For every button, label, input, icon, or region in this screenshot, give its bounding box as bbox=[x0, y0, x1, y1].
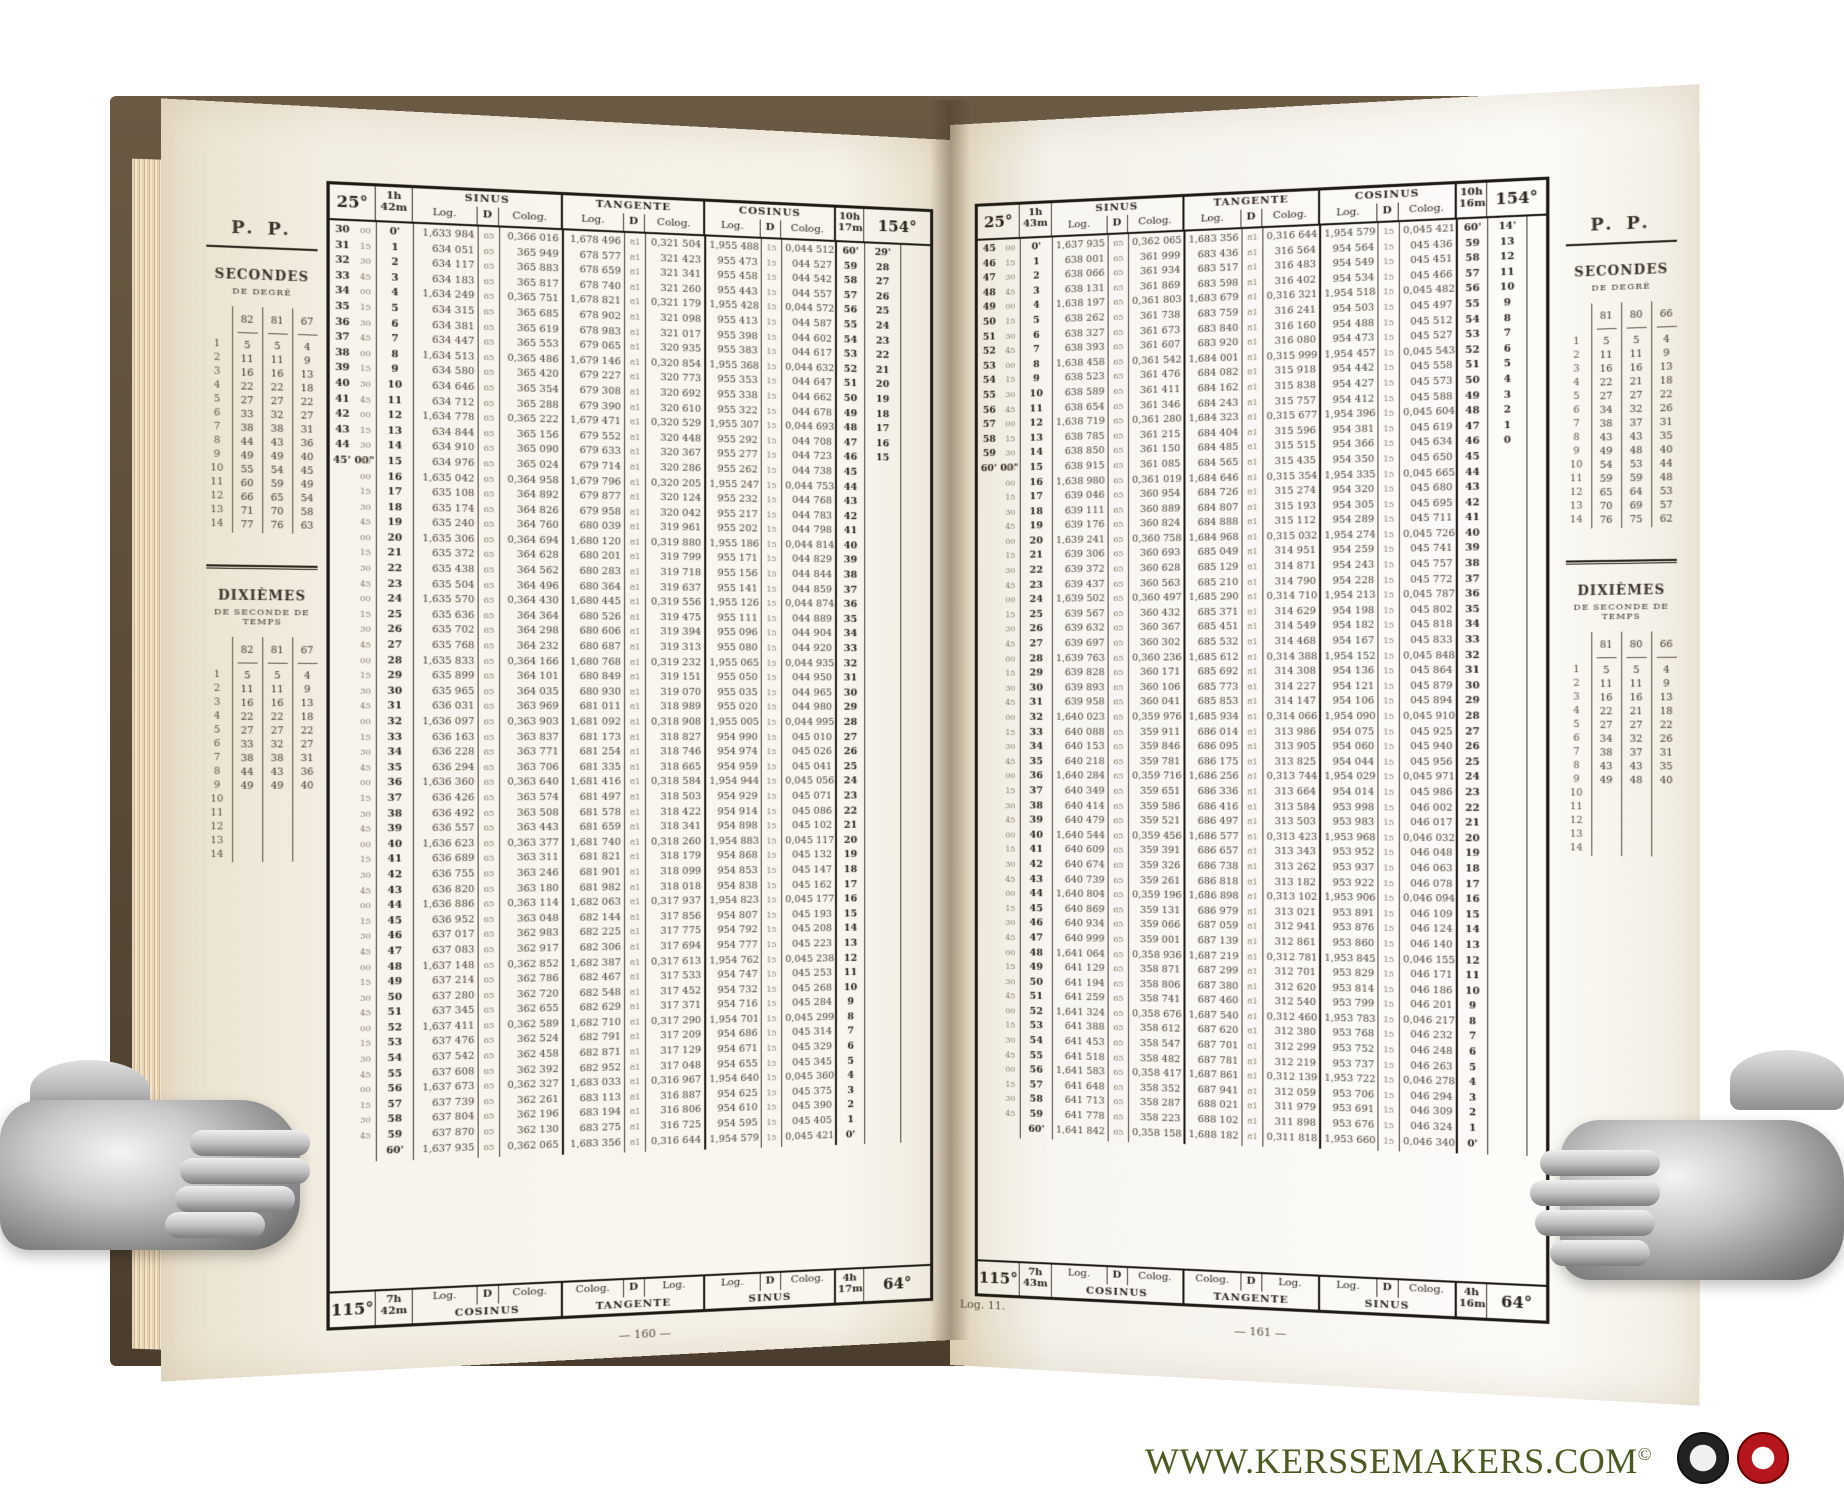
seconds-title: SECONDES bbox=[206, 266, 317, 285]
sinus-colog-column: 0,366 016365 949365 883365 8170,365 7513… bbox=[500, 228, 564, 1158]
header-group-sinus: SINUS Log.DColog. bbox=[1052, 197, 1185, 236]
arc-seconds-column: 0015304500153045001530450015304500153045… bbox=[355, 221, 376, 1162]
arc-seconds-column: 0015304500153045001530450015304500153045… bbox=[1001, 239, 1020, 1139]
pp-column: 81511162227343843495459657076 bbox=[1591, 302, 1621, 528]
seconds-pp-table: 1234567891011121314815111622273438434954… bbox=[1566, 300, 1677, 529]
pp-heading: P. P. bbox=[206, 207, 317, 251]
seconds-subtitle: DE DEGRÉ bbox=[1566, 280, 1677, 294]
header-group-cosinus: COSINUS Log.DColog. bbox=[705, 202, 836, 240]
table-body: 30313233343536373839404142434445' 00"001… bbox=[330, 220, 930, 1163]
cosinus-diff-column: 1515151515151515151515151515151515151515… bbox=[762, 239, 782, 1148]
time-seconds-column: 0'12345678910111213141516171819202122232… bbox=[1021, 237, 1053, 1139]
tenths-subtitle: DE SECONDE DE TEMPS bbox=[206, 607, 317, 627]
right-minutes-column: 29'2827262524232221201918171615 bbox=[865, 243, 901, 1144]
header-group-tangente: TANGENTE Log.DColog. bbox=[563, 195, 705, 234]
pp-column: 6749131822273136404549545863 bbox=[292, 308, 322, 534]
sinus-diff-column: 6565656565656565656565656565656565656565… bbox=[1109, 234, 1129, 1142]
right-minutes-column: 14'131211109876543210 bbox=[1488, 216, 1527, 1156]
right-time-column: 60'5958575655545352515049484746454443424… bbox=[837, 242, 865, 1145]
tangente-diff-column: 8181818181818181818181818181818181818181… bbox=[625, 233, 646, 1153]
left-silver-hand-bookend bbox=[0, 1100, 300, 1250]
pp-column: 8051116212732374348 bbox=[1621, 631, 1651, 856]
table-footer: 115° 7h 43m Log.DColog.COSINUS Colog.DLo… bbox=[978, 1259, 1546, 1320]
pp-column: 82511162227333844495560667177 bbox=[231, 306, 261, 533]
header-time-right: 10h 17m bbox=[836, 208, 864, 242]
right-margin-pp: P. P. SECONDES DE DEGRÉ 1234567891011121… bbox=[1566, 202, 1677, 856]
ilab-amor-librorum-badge-icon bbox=[1737, 1432, 1789, 1484]
section-divider bbox=[206, 564, 317, 570]
pp-column: 81511162227323843495459657076 bbox=[262, 307, 292, 533]
right-time-column: 60'5958575655545352515049484746454443424… bbox=[1458, 218, 1488, 1154]
sinus-log-column: 1,637 935638 001638 066638 1311,638 1976… bbox=[1053, 235, 1109, 1142]
right-bookend-stand bbox=[1730, 1050, 1844, 1110]
sinus-log-column: 1,633 984634 051634 117634 1831,634 2496… bbox=[414, 224, 479, 1160]
pp-column: 664913182226313540 bbox=[1651, 631, 1681, 857]
cosinus-diff-column: 1515151515151515151515151515151515151515… bbox=[1378, 222, 1399, 1152]
right-log-table: 25° 1h 43m SINUS Log.DColog. TANGENTE Lo… bbox=[975, 177, 1550, 1324]
table-body: 45464748495051525354555657585960' 00"001… bbox=[978, 216, 1546, 1157]
pp-column: 8251116222733384449 bbox=[231, 637, 261, 862]
tenths-pp-table: 1234567891011121314815111622273438434980… bbox=[1566, 631, 1677, 857]
right-silver-hand-bookend bbox=[1560, 1120, 1844, 1280]
header-degree: 25° bbox=[330, 184, 376, 220]
tenths-pp-table: 1234567891011121314825111622273338444981… bbox=[206, 637, 317, 863]
seconds-subtitle: DE DEGRÉ bbox=[206, 285, 317, 299]
cosinus-log-column: 1,954 579954 564954 549954 5341,954 5189… bbox=[1321, 223, 1378, 1151]
arc-minutes-column: 45464748495051525354555657585960' 00" bbox=[978, 240, 1001, 1138]
header-time: 1h 42m bbox=[376, 186, 413, 221]
section-divider bbox=[1566, 559, 1677, 565]
header-degree-right: 154° bbox=[864, 209, 930, 244]
sinus-colog-column: 0,362 065361 999361 934361 8690,361 8033… bbox=[1129, 232, 1185, 1145]
cosinus-log-column: 1,955 488955 473955 458955 4431,955 4289… bbox=[706, 236, 762, 1149]
tangente-diff-column: 8181818181818181818181818181818181818181… bbox=[1243, 228, 1264, 1147]
left-margin-pp: P. P. SECONDES DE DEGRÉ 1234567891011121… bbox=[206, 207, 317, 862]
arc-minutes-column: 30313233343536373839404142434445' 00" bbox=[330, 220, 355, 1163]
table-footer: 115° 7h 42m Log.DColog.COSINUS Colog.DLo… bbox=[330, 1264, 930, 1327]
page-number: — 160 — bbox=[619, 1326, 671, 1342]
header-group-sinus: SINUS Log.DColog. bbox=[413, 188, 563, 228]
header-group-tangente: TANGENTE Log.DColog. bbox=[1184, 191, 1320, 230]
pp-column: 8151116222734384349 bbox=[1591, 632, 1621, 856]
pp-column: 80511162127323743485359646975 bbox=[1621, 301, 1651, 528]
cosinus-colog-column: 0,044 512044 527044 542044 5570,044 5720… bbox=[782, 240, 837, 1147]
tangente-log-column: 1,678 496678 577678 659678 7401,678 8216… bbox=[564, 230, 625, 1155]
pp-column: 674913182227313640 bbox=[292, 637, 322, 861]
header-group-cosinus: COSINUS Log.DColog. bbox=[1320, 184, 1457, 223]
pp-column: 8151116222732384349 bbox=[262, 637, 292, 862]
time-seconds-column: 0'12345678910111213141516171819202122232… bbox=[377, 222, 414, 1161]
sinus-diff-column: 6565656565656565656565656565656565656565… bbox=[479, 227, 500, 1158]
book-spine-gutter bbox=[930, 100, 970, 1340]
pp-column: 6649131822263135404448535762 bbox=[1651, 300, 1681, 527]
tangente-colog-column: 0,321 504321 423321 341321 2600,321 1793… bbox=[646, 234, 706, 1152]
tenths-subtitle: DE SECONDE DE TEMPS bbox=[1566, 601, 1677, 621]
page-number: — 161 — bbox=[1234, 1324, 1286, 1340]
tenths-title: DIXIÈMES bbox=[1566, 582, 1677, 598]
kerssemakers-watermark: WWW.KERSSEMAKERS.COM© bbox=[1145, 1440, 1652, 1482]
tenths-title: DIXIÈMES bbox=[206, 588, 317, 604]
tangente-colog-column: 0,316 644316 564316 483316 4020,316 3213… bbox=[1263, 226, 1321, 1149]
nva-antiquaren-badge-icon bbox=[1677, 1432, 1729, 1484]
left-log-table: 25° 1h 42m SINUS Log.DColog. TANGENTE Lo… bbox=[326, 181, 933, 1331]
tangente-log-column: 1,683 356683 436683 517683 5981,683 6796… bbox=[1185, 229, 1242, 1146]
cosinus-colog-column: 0,045 421045 436045 451045 4660,045 4820… bbox=[1400, 220, 1458, 1154]
seconds-title: SECONDES bbox=[1566, 261, 1677, 280]
seconds-pp-table: 1234567891011121314825111622273338444955… bbox=[206, 305, 317, 534]
pp-heading: P. P. bbox=[1566, 202, 1677, 246]
